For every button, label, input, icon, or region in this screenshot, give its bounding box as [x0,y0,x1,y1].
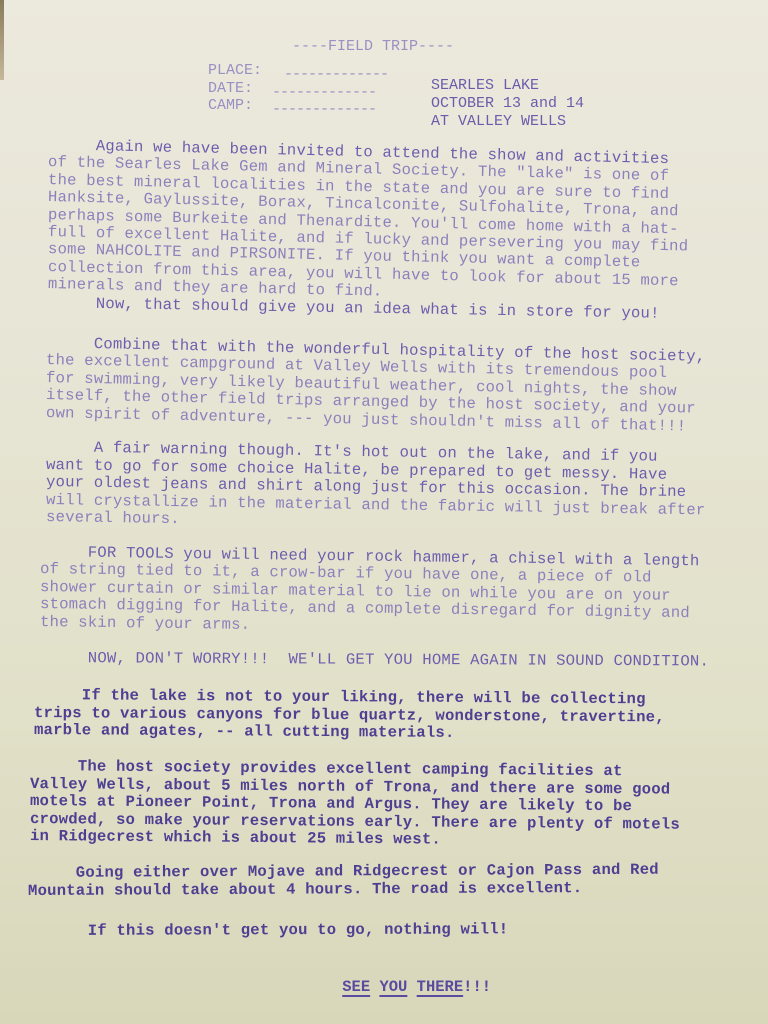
closing-word-you: YOU [379,978,407,996]
paragraph-6-line: NOW, DON'T WORRY!!! WE'LL GET YOU HOME A… [40,651,709,670]
place-value: SEARLES LAKE [431,77,539,94]
paragraph-4-line: several hours. [46,510,180,528]
closing-line: SEE YOU THERE!!! [305,960,491,1014]
paragraph-9-line: Mountain should take about 4 hours. The … [28,881,582,899]
paragraph-2-line: Now, that should give you an idea what i… [48,296,660,322]
camp-value: AT VALLEY WELLS [431,113,566,130]
paragraph-7-line: marble and agates, -- all cutting materi… [34,723,455,742]
date-label: DATE: [208,80,253,97]
place-leader: ------------- [284,66,388,83]
paragraph-5-line: the skin of your arms. [40,615,250,634]
date-value: OCTOBER 13 and 14 [431,95,584,112]
camp-leader: ------------- [272,101,376,118]
date-leader: ------------- [272,84,376,101]
closing-word-there: THERE [417,978,464,996]
camp-label: CAMP: [208,97,253,114]
typewritten-page: ----FIELD TRIP---- PLACE: ------------- … [0,0,768,1024]
closing-exclaim: !!! [463,978,491,996]
paragraph-8-line: in Ridgecrest which is about 25 miles we… [30,829,441,848]
document-title: ----FIELD TRIP---- [292,38,454,55]
place-label: PLACE: [208,62,262,79]
paragraph-10-line: If this doesn't get you to go, nothing w… [40,922,508,939]
closing-word-see: SEE [342,978,370,996]
